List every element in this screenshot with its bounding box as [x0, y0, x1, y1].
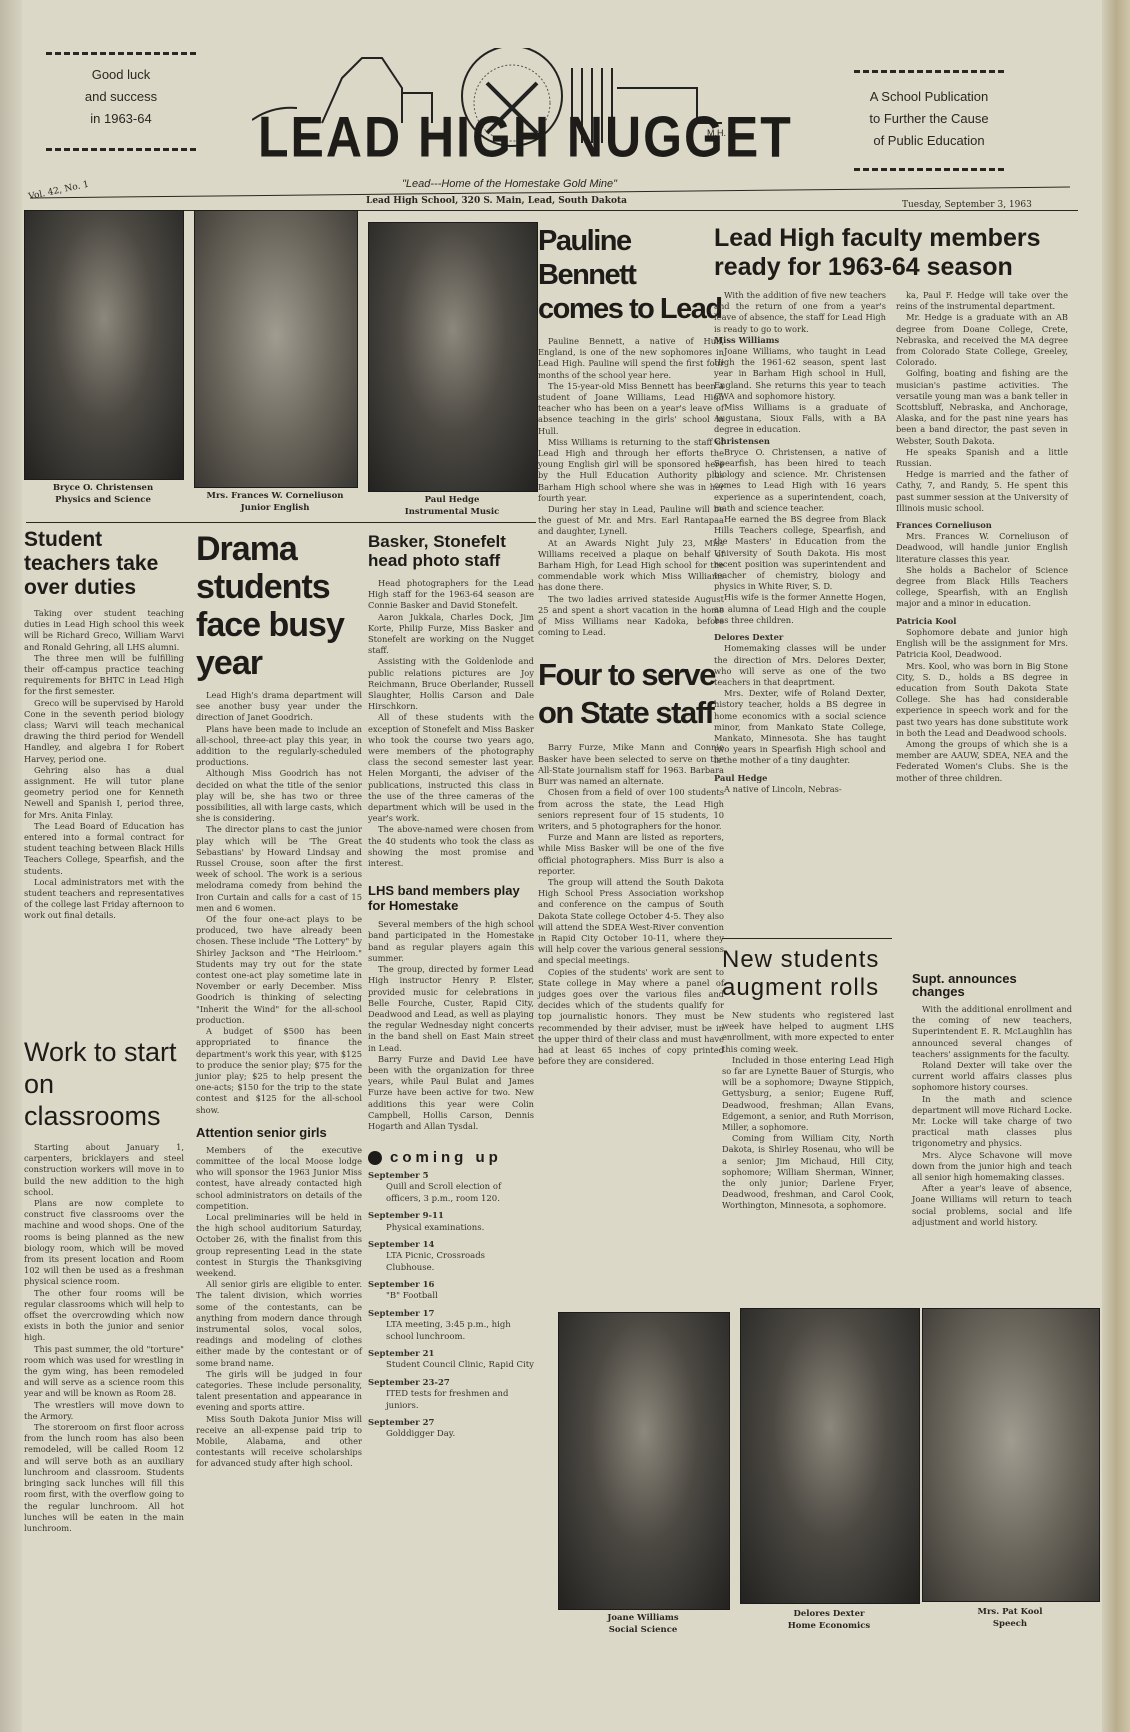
event-date: September 21: [368, 1349, 534, 1360]
headline: Basker, Stonefelt head photo staff: [368, 532, 534, 570]
article-body: Several members of the high school band …: [368, 919, 534, 1132]
left-ear: Good luck and success in 1963-64: [46, 64, 196, 130]
ear-divider: [854, 70, 1004, 73]
article-body: Lead High's drama department will see an…: [196, 690, 362, 1116]
headline: Attention senior girls: [196, 1126, 362, 1139]
event-desc: Student Council Clinic, Rapid City: [368, 1360, 534, 1372]
ear-line: A School Publication: [854, 86, 1004, 108]
event-date: September 23-27: [368, 1378, 534, 1389]
photo-dexter: [740, 1308, 920, 1604]
headline: Supt. announces changes: [912, 972, 1072, 998]
photo-hedge: [368, 222, 538, 492]
faculty-column-2: ka, Paul F. Hedge will take over the rei…: [896, 290, 1068, 784]
newspaper-page: Good luck and success in 1963-64 A Schoo…: [22, 0, 1102, 1732]
article-body: With the additional enrollment and the c…: [912, 1004, 1072, 1228]
photo-caption: Delores DexterHome Economics: [740, 1608, 918, 1632]
masthead-rule: [28, 210, 1078, 211]
section-rule: [722, 938, 892, 939]
article-classrooms: Work to start on classrooms Starting abo…: [24, 1036, 184, 1534]
event-date: September 27: [368, 1418, 534, 1429]
faculty-column-1: With the addition of five new teachers a…: [714, 290, 886, 795]
event-desc: LTA meeting, 3:45 p.m., high school lunc…: [368, 1320, 534, 1343]
ear-line: to Further the Cause: [854, 108, 1004, 130]
page-binding: [0, 0, 22, 1732]
event-date: September 14: [368, 1240, 534, 1251]
photo-corneliuson: [194, 210, 358, 488]
photo-caption: Joane WilliamsSocial Science: [558, 1612, 728, 1636]
ear-line: in 1963-64: [46, 108, 196, 130]
article-photo-staff: Basker, Stonefelt head photo staff Head …: [368, 532, 534, 1441]
headline: Four to serve on State staff: [538, 656, 724, 732]
coming-up-title: coming up: [390, 1150, 502, 1165]
article-body: Members of the executive committee of th…: [196, 1145, 362, 1470]
ear-divider: [46, 52, 196, 55]
article-new-students: New students augment rolls New students …: [722, 946, 894, 1212]
headline: Drama students face busy year: [196, 530, 362, 682]
photo-caption: Paul HedgeInstrumental Music: [368, 494, 536, 518]
page-edge: [1102, 0, 1130, 1732]
photo-caption: Mrs. Pat KoolSpeech: [922, 1606, 1098, 1630]
issue-date: Tuesday, September 3, 1963: [902, 200, 1032, 210]
event-desc: Physical examinations.: [368, 1223, 534, 1235]
article-body: Pauline Bennett, a native of Hull, Engla…: [538, 336, 724, 638]
ear-divider: [854, 168, 1004, 171]
article-body: Barry Furze, Mike Mann and Connie Basker…: [538, 742, 724, 1067]
article-supt: Supt. announces changes With the additio…: [912, 972, 1072, 1228]
volume-number: Vol. 42, No. 1: [28, 180, 90, 203]
headline-faculty: Lead High faculty members ready for 1963…: [714, 224, 1074, 282]
article-body: Starting about January 1, carpenters, br…: [24, 1142, 184, 1534]
ear-divider: [46, 148, 196, 151]
headline: Student teachers take over duties: [24, 528, 184, 600]
article-student-teachers: Student teachers take over duties Taking…: [24, 528, 184, 922]
ear-line: of Public Education: [854, 130, 1004, 152]
article-body: Head photographers for the Lead High sta…: [368, 578, 534, 869]
newspaper-title: LEAD HIGH NUGGET: [258, 104, 818, 171]
address: Lead High School, 320 S. Main, Lead, Sou…: [366, 196, 627, 206]
coming-up-header: coming up: [368, 1150, 534, 1165]
event-desc: Quill and Scroll election of officers, 3…: [368, 1182, 534, 1205]
event-desc: Golddigger Day.: [368, 1429, 534, 1441]
photo-williams: [558, 1312, 730, 1610]
headline: LHS band members play for Homestake: [368, 883, 534, 913]
event-date: September 16: [368, 1280, 534, 1291]
photo-kool: [922, 1308, 1100, 1602]
headline: New students augment rolls: [722, 946, 894, 1002]
section-rule: [26, 522, 536, 523]
ear-line: and success: [46, 86, 196, 108]
bullet-icon: [368, 1151, 382, 1165]
ear-line: Good luck: [46, 64, 196, 86]
event-desc: LTA Picnic, Crossroads Clubhouse.: [368, 1251, 534, 1274]
photo-christensen: [24, 210, 184, 480]
event-desc: "B" Football: [368, 1291, 534, 1303]
photo-caption: Bryce O. ChristensenPhysics and Science: [24, 482, 182, 506]
right-ear: A School Publication to Further the Caus…: [854, 86, 1004, 152]
event-date: September 5: [368, 1171, 534, 1182]
headline: Work to start on classrooms: [24, 1036, 184, 1132]
event-date: September 9-11: [368, 1211, 534, 1222]
photo-caption: Mrs. Frances W. CorneliusonJunior Englis…: [194, 490, 356, 514]
article-body: New students who registered last week ha…: [722, 1010, 894, 1212]
event-desc: ITED tests for freshmen and juniors.: [368, 1389, 534, 1412]
article-drama: Drama students face busy year Lead High'…: [196, 530, 362, 1470]
event-date: September 17: [368, 1309, 534, 1320]
motto: "Lead---Home of the Homestake Gold Mine": [402, 178, 617, 190]
article-pauline-bennett: Pauline Bennett comes to Lead Pauline Be…: [538, 224, 724, 1067]
headline: Pauline Bennett comes to Lead: [538, 224, 724, 326]
article-body: Taking over student teaching duties in L…: [24, 608, 184, 922]
event-list: September 5 Quill and Scroll election of…: [368, 1171, 534, 1441]
